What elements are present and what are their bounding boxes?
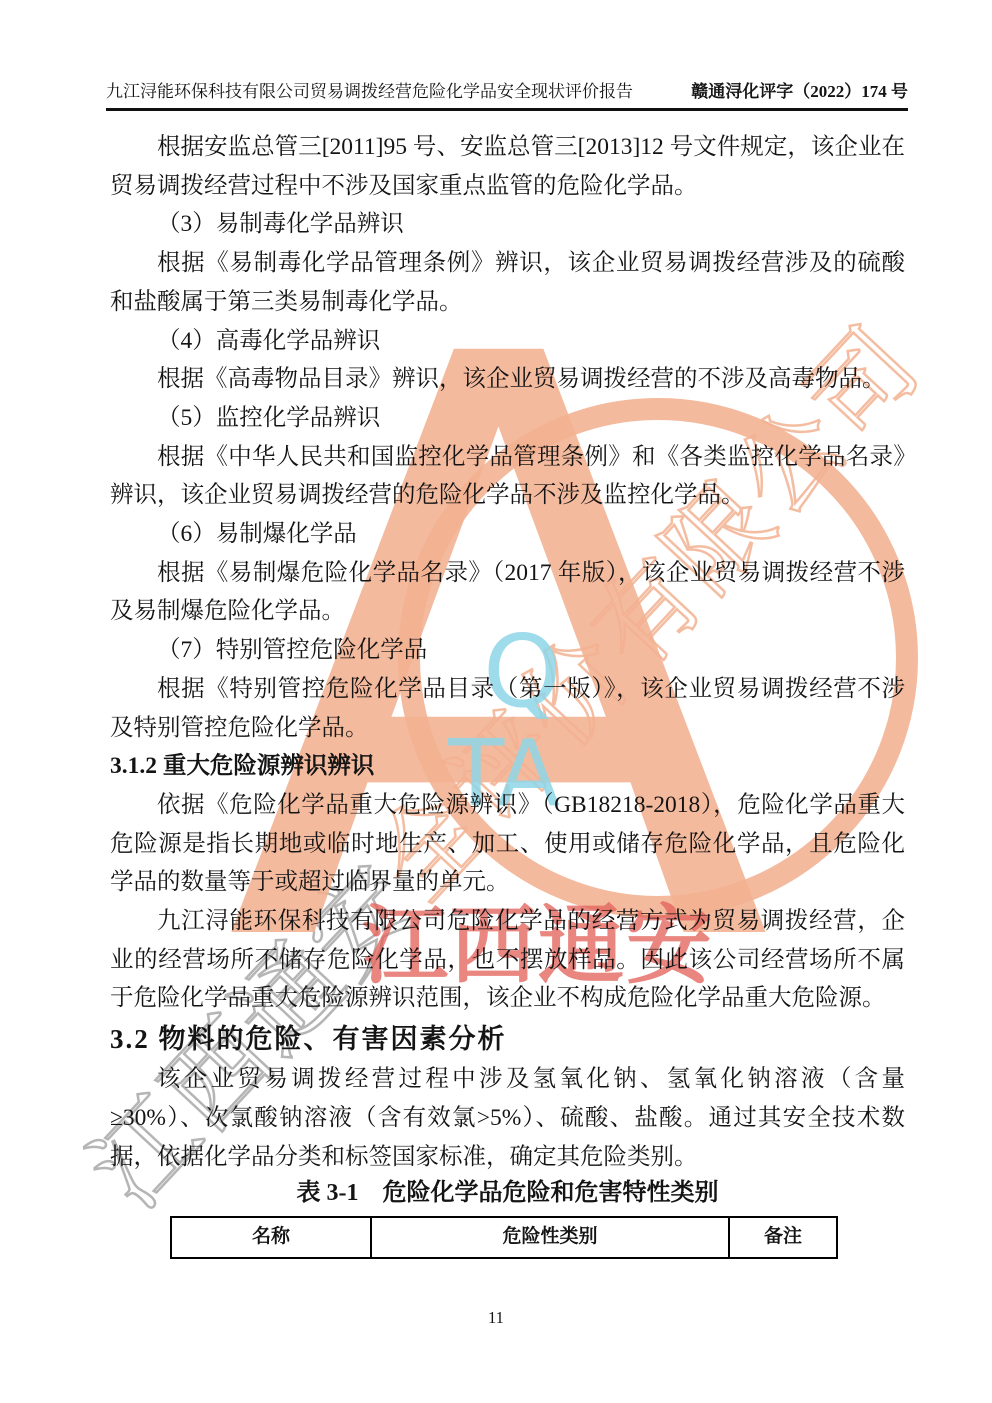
page-number: 11 xyxy=(0,1308,992,1328)
paragraph: 依据《危险化学品重大危险源辨识》（GB18218-2018），危险化学品重大危险… xyxy=(110,786,905,902)
paragraph: 根据《易制毒化学品管理条例》辨识，该企业贸易调拨经营涉及的硫酸和盐酸属于第三类易… xyxy=(110,244,905,321)
list-item-7-heading: （7）特别管控危险化学品 xyxy=(110,631,905,670)
list-item-6-heading: （6）易制爆化学品 xyxy=(110,515,905,554)
paragraph: 根据《中华人民共和国监控化学品管理条例》和《各类监控化学品名录》辨识，该企业贸易… xyxy=(110,438,905,515)
table-3-1-title: 表 3-1 危险化学品危险和危害特性类别 xyxy=(110,1176,905,1210)
paragraph: 根据《易制爆危险化学品名录》（2017 年版），该企业贸易调拨经营不涉及易制爆危… xyxy=(110,554,905,631)
paragraph: 该企业贸易调拨经营过程中涉及氢氧化钠、氢氧化钠溶液（含量≥30%）、次氯酸钠溶液… xyxy=(110,1060,905,1176)
document-content: 九江浔能环保科技有限公司贸易调拨经营危险化学品安全现状评价报告 赣通浔化评字（2… xyxy=(0,0,992,1403)
body-text: 根据安监总管三[2011]95 号、安监总管三[2013]12 号文件规定，该企… xyxy=(110,128,905,1259)
table-header-row: 名称 危险性类别 备注 xyxy=(171,1217,837,1258)
section-heading-3-2: 3.2 物料的危险、有害因素分析 xyxy=(110,1018,905,1060)
table-header-name: 名称 xyxy=(171,1217,371,1258)
section-heading-3-1-2: 3.1.2 重大危险源辨识辨识 xyxy=(110,747,905,786)
page-header: 九江浔能环保科技有限公司贸易调拨经营危险化学品安全现状评价报告 赣通浔化评字（2… xyxy=(106,80,908,111)
document-page: 江西通安全评价有限公司 A Q TA 江西通安 九江浔能环保科技有限公司贸易调拨… xyxy=(0,0,992,1403)
report-title: 九江浔能环保科技有限公司贸易调拨经营危险化学品安全现状评价报告 xyxy=(106,80,633,104)
paragraph: 九江浔能环保科技有限公司危险化学品的经营方式为贸易调拨经营，企业的经营场所不储存… xyxy=(110,902,905,1018)
paragraph: 根据安监总管三[2011]95 号、安监总管三[2013]12 号文件规定，该企… xyxy=(110,128,905,205)
paragraph: 根据《特别管控危险化学品目录（第一版）》，该企业贸易调拨经营不涉及特别管控危险化… xyxy=(110,670,905,747)
table-3-1: 名称 危险性类别 备注 xyxy=(170,1216,838,1259)
paragraph: 根据《高毒物品目录》辨识，该企业贸易调拨经营的不涉及高毒物品。 xyxy=(110,360,905,399)
table-header-hazard-class: 危险性类别 xyxy=(371,1217,729,1258)
document-number: 赣通浔化评字（2022）174 号 xyxy=(691,80,908,104)
list-item-4-heading: （4）高毒化学品辨识 xyxy=(110,322,905,361)
table-header-remarks: 备注 xyxy=(729,1217,837,1258)
list-item-5-heading: （5）监控化学品辨识 xyxy=(110,399,905,438)
list-item-3-heading: （3）易制毒化学品辨识 xyxy=(110,205,905,244)
